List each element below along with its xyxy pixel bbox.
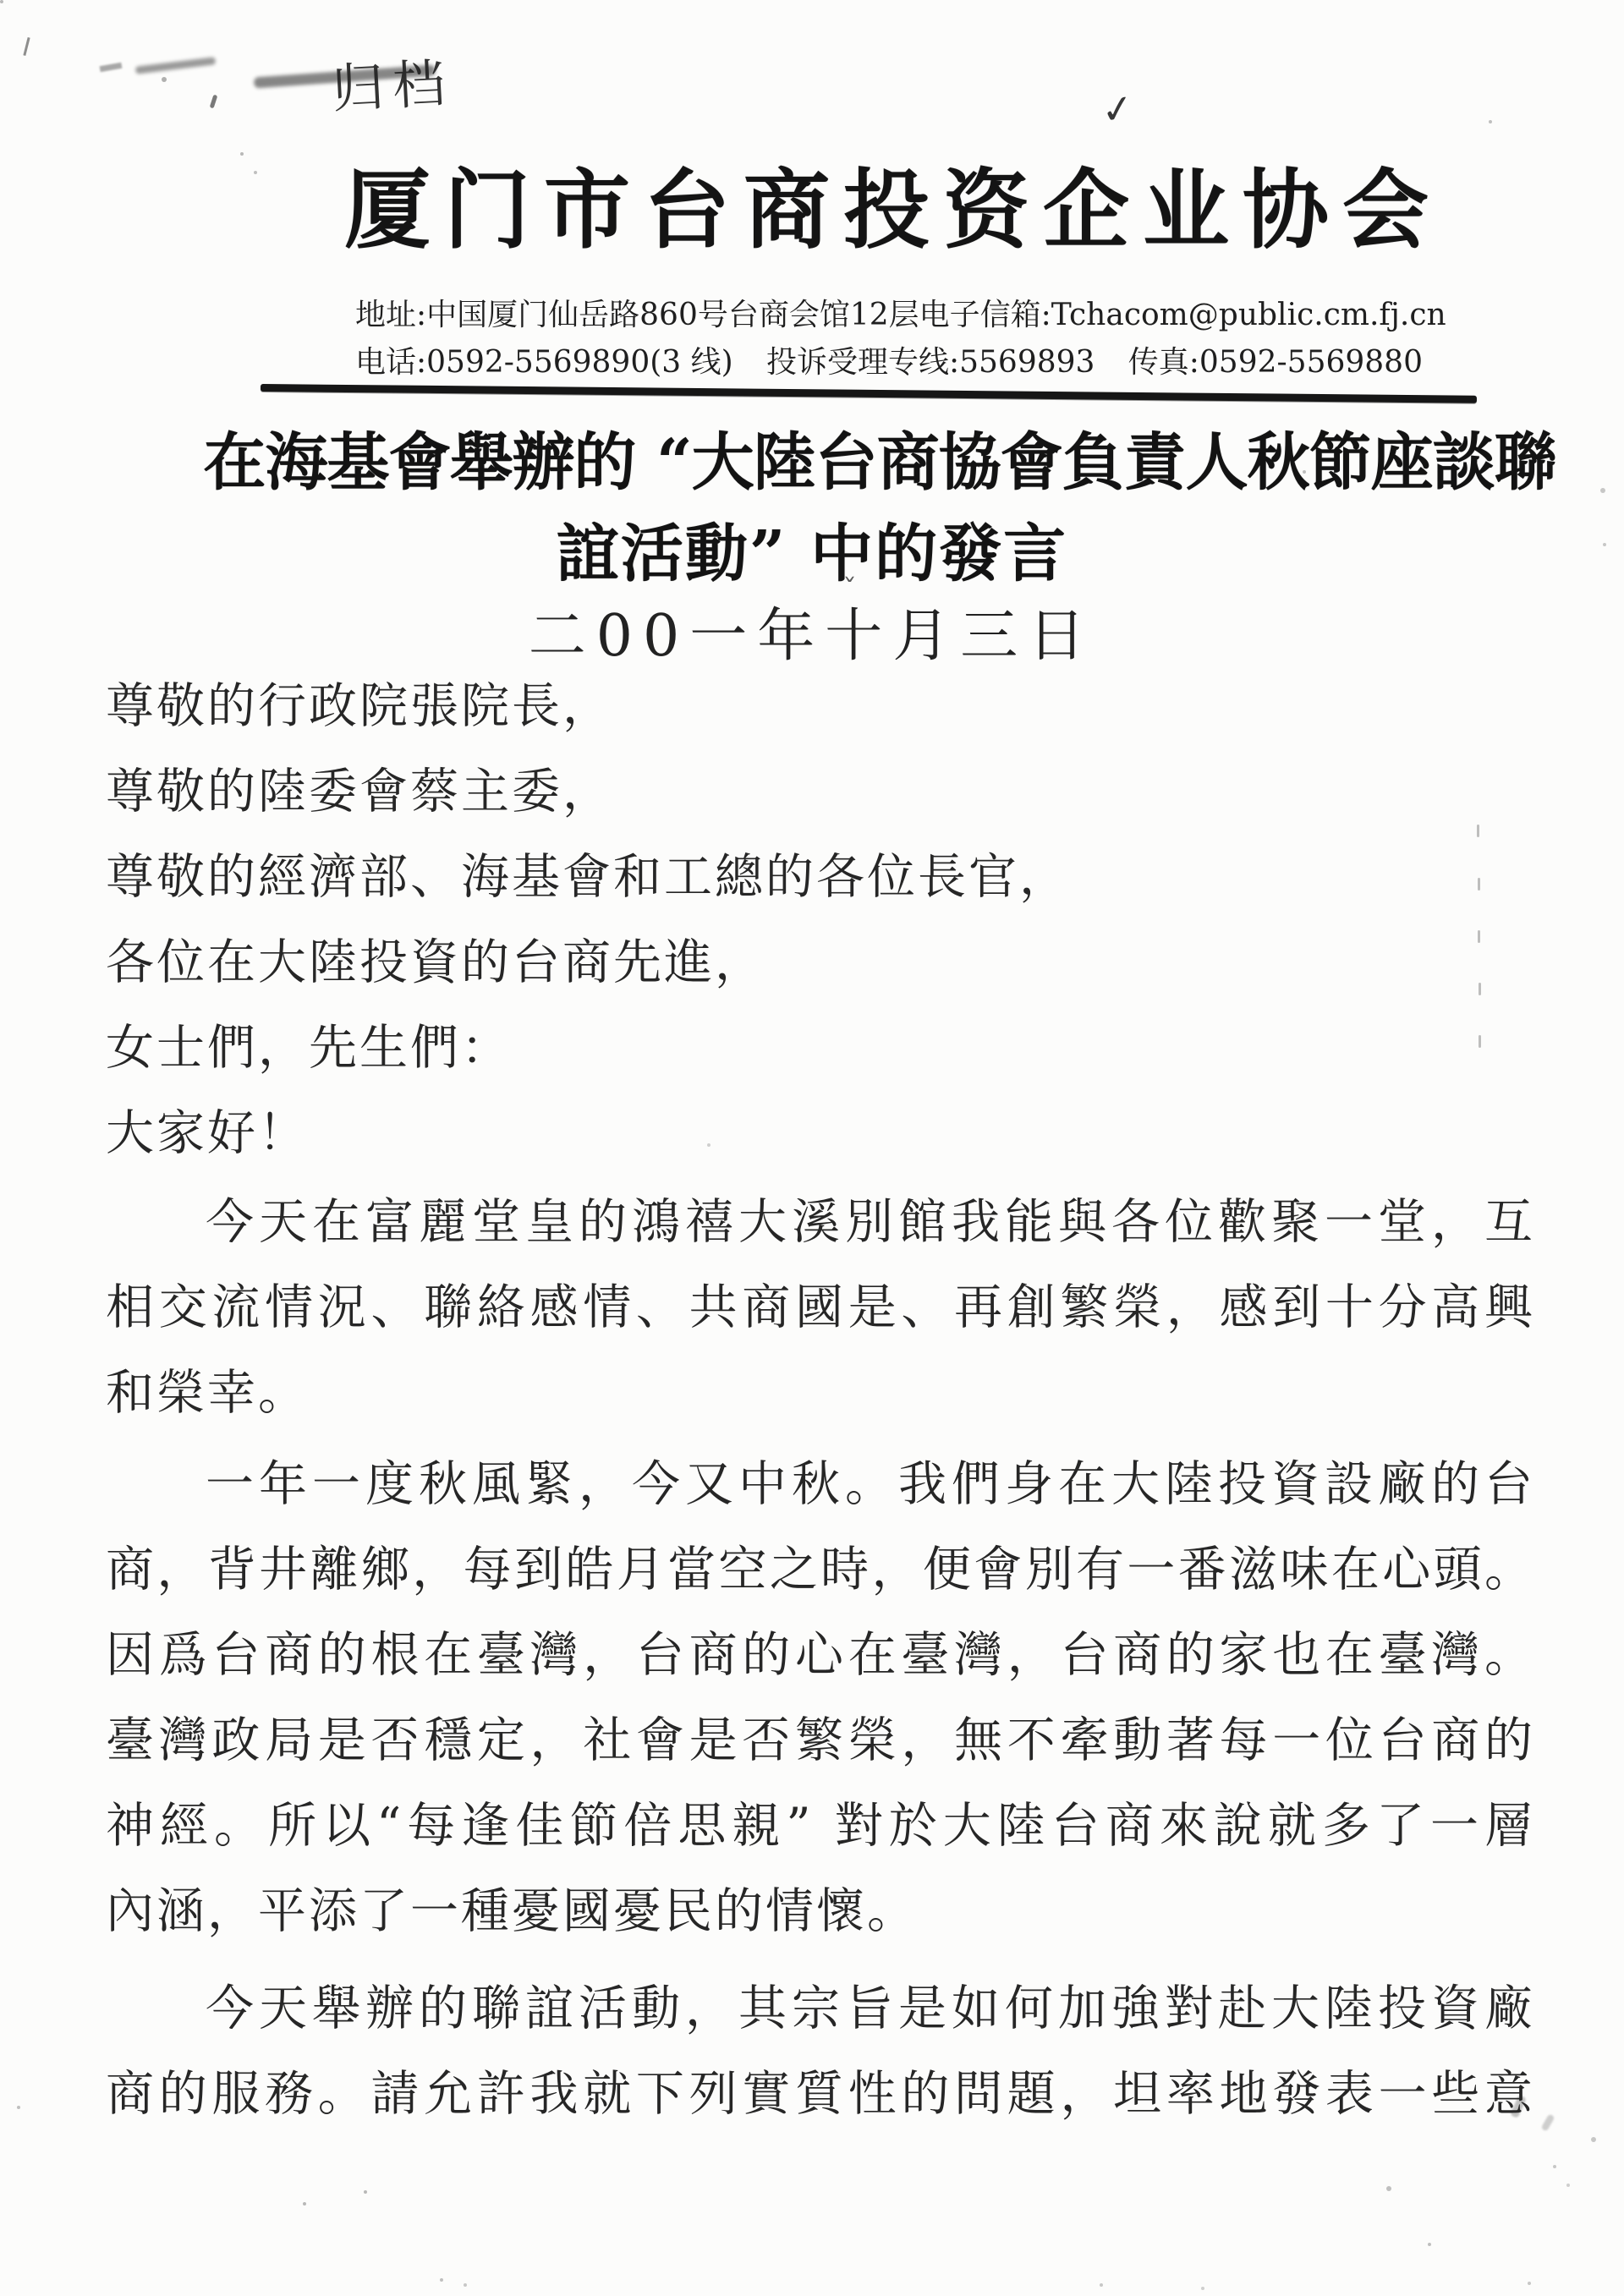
handwritten-archive-note: 归档 bbox=[330, 41, 455, 122]
phone-text: 电话:0592-5569890(3 线) bbox=[355, 338, 733, 381]
body-line: 今天舉辦的聯誼活動，其宗旨是如何加強對赴大陸投資廠 bbox=[106, 1966, 1535, 2052]
body-line: 神經。所以“每逢佳節倍思親” 對於大陸台商來說就多了一層 bbox=[106, 1784, 1535, 1869]
body-line: 商，背井離鄉，每到皓月當空之時，便會別有一番滋味在心頭。 bbox=[106, 1527, 1535, 1613]
letterhead-contact-line1: 地址:中国厦门仙岳路860号台商会馆12层 电子信箱:Tchacom@publi… bbox=[355, 291, 1423, 334]
scan-artifact-tick bbox=[23, 37, 30, 56]
salutation-line: 尊敬的經濟部、海基會和工總的各位長官， bbox=[106, 835, 1535, 920]
salutation-line: 尊敬的行政院張院長， bbox=[106, 664, 1535, 749]
salutation-line: 女士們，先生們： bbox=[106, 1006, 1535, 1091]
body-line: 和榮幸。 bbox=[106, 1351, 1535, 1436]
speech-title-line2: 誼活動” 中的發言 bbox=[0, 504, 1624, 594]
salutation-line: 各位在大陸投資的台商先進， bbox=[106, 920, 1535, 1006]
speech-body: 尊敬的行政院張院長， 尊敬的陸委會蔡主委， 尊敬的經濟部、海基會和工總的各位長官… bbox=[106, 664, 1535, 2137]
body-line: 一年一度秋風緊，今又中秋。我們身在大陸投資設廠的台 bbox=[106, 1442, 1535, 1527]
speech-date: 二00一年十月三日 bbox=[0, 590, 1624, 672]
scan-artifact-mark bbox=[210, 95, 218, 109]
salutation-line: 尊敬的陸委會蔡主委， bbox=[106, 749, 1535, 835]
salutation-line: 大家好！ bbox=[106, 1091, 1535, 1176]
scanned-document-page: 归档 ✓ ˇ 厦门市台商投资企业协会 地址:中国厦门仙岳路860号台商会馆12层… bbox=[0, 0, 1624, 2296]
organization-name: 厦门市台商投资企业协会 bbox=[288, 142, 1499, 266]
body-line: 商的服務。請允許我就下列實質性的問題，坦率地發表一些意 bbox=[106, 2052, 1535, 2137]
scan-artifact-faint-stroke bbox=[1541, 2113, 1555, 2131]
body-line: 今天在富麗堂皇的鴻禧大溪別館我能與各位歡聚一堂，互 bbox=[106, 1180, 1535, 1265]
fax-text: 传真:0592-5569880 bbox=[1128, 338, 1423, 381]
checkmark-annotation: ✓ bbox=[1098, 85, 1137, 134]
scan-artifact-smudge bbox=[135, 57, 216, 74]
paragraph: 今天在富麗堂皇的鴻禧大溪別館我能與各位歡聚一堂，互 相交流情況、聯絡感情、共商國… bbox=[106, 1180, 1535, 1436]
body-line: 因爲台商的根在臺灣，台商的心在臺灣，台商的家也在臺灣。 bbox=[106, 1613, 1535, 1698]
paragraph: 一年一度秋風緊，今又中秋。我們身在大陸投資設廠的台 商，背井離鄉，每到皓月當空之… bbox=[106, 1442, 1535, 1954]
address-text: 地址:中国厦门仙岳路860号台商会馆12层 bbox=[355, 291, 919, 334]
body-line: 相交流情況、聯絡感情、共商國是、再創繁榮，感到十分高興 bbox=[106, 1265, 1535, 1351]
email-text: 电子信箱:Tchacom@public.cm.fj.cn bbox=[919, 291, 1446, 334]
speech-title-line1: 在海基會舉辦的 “大陸台商協會負責人秋節座談聯 bbox=[169, 413, 1590, 502]
body-line: 內涵，平添了一種憂國憂民的情懷。 bbox=[106, 1869, 1535, 1954]
paragraph: 今天舉辦的聯誼活動，其宗旨是如何加強對赴大陸投資廠 商的服務。請允許我就下列實質… bbox=[106, 1966, 1535, 2137]
complaint-hotline-text: 投诉受理专线:5569893 bbox=[766, 338, 1095, 381]
body-line: 臺灣政局是否穩定，社會是否繁榮，無不牽動著每一位台商的 bbox=[106, 1698, 1535, 1784]
scan-artifact-smudge bbox=[100, 63, 123, 72]
letterhead-contact-line2: 电话:0592-5569890(3 线) 投诉受理专线:5569893 传真:0… bbox=[355, 338, 1423, 381]
letterhead-divider-rule bbox=[261, 384, 1477, 403]
scan-artifact-specks bbox=[0, 0, 3, 3]
